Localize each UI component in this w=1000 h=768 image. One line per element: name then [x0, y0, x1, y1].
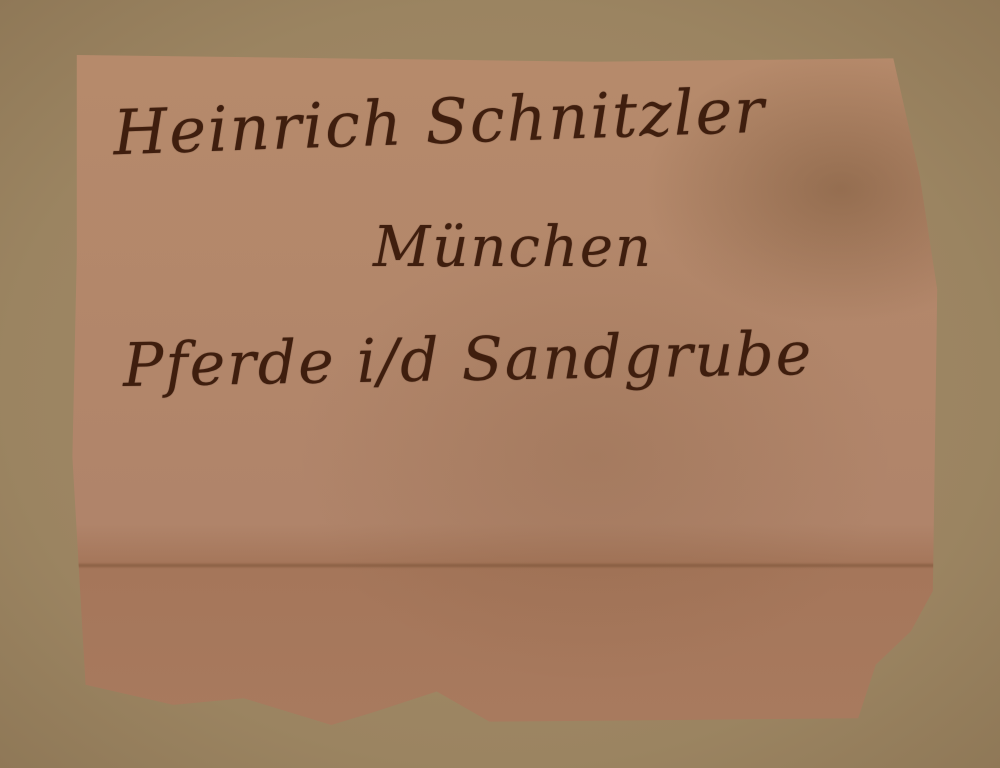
city: München [373, 215, 653, 280]
artist-name: Heinrich Schnitzler [112, 74, 767, 170]
paper-label: Heinrich Schnitzler München Pferde i/d S… [68, 55, 946, 725]
artwork-title: Pferde i/d Sandgrube [122, 319, 813, 401]
paper-fold-stain [68, 564, 946, 567]
